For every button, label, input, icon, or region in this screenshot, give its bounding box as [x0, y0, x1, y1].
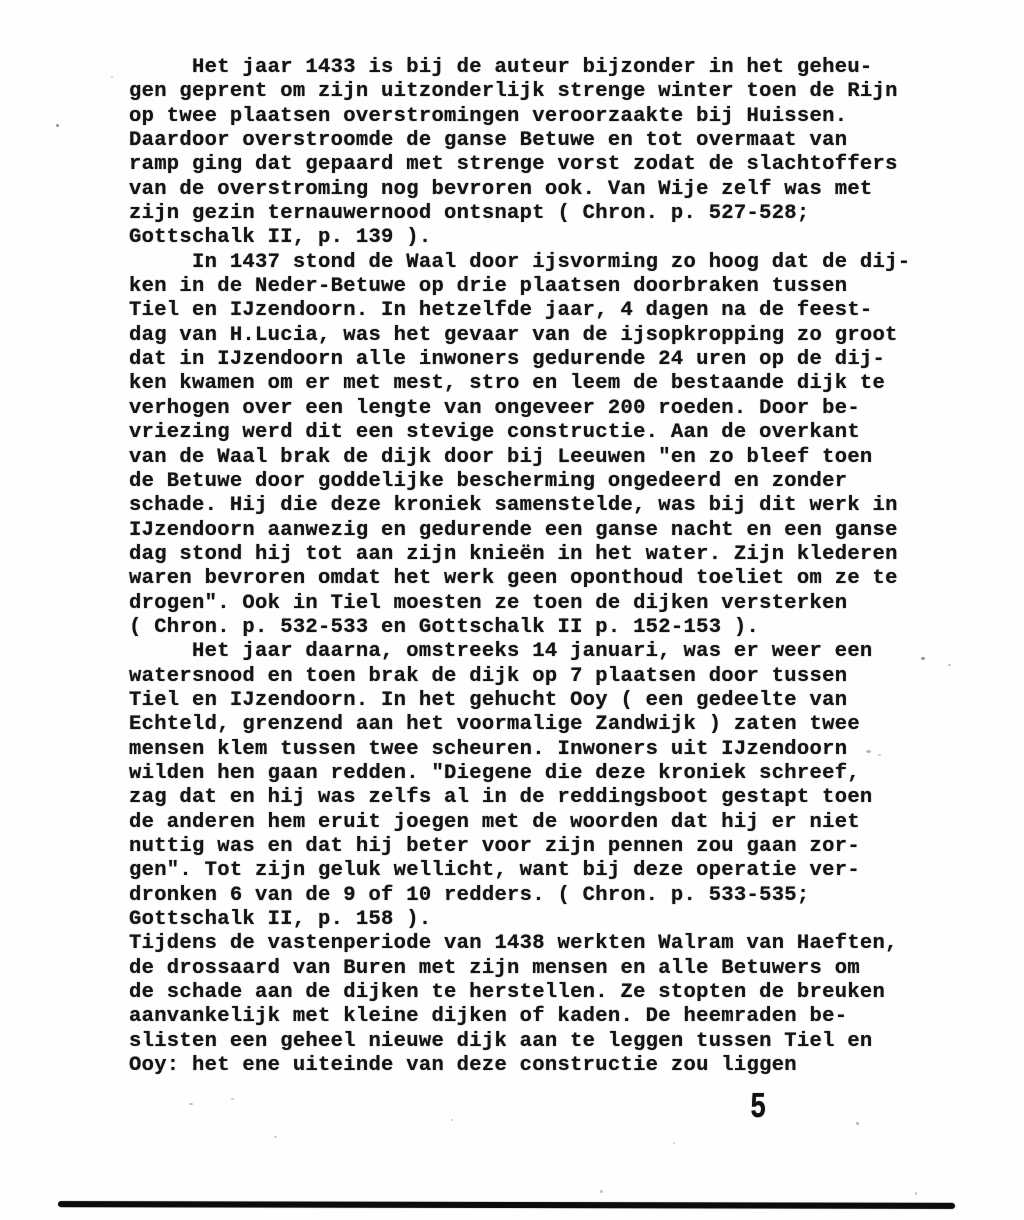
scan-speck: [915, 1192, 917, 1195]
scan-speck: [111, 76, 113, 78]
scan-speck: [231, 1098, 234, 1100]
scan-speck: [189, 1103, 193, 1105]
scan-speck: [878, 754, 881, 756]
page-number: 5: [750, 1091, 766, 1127]
scan-speck: [451, 1119, 453, 1121]
scan-speck: [921, 657, 925, 660]
scan-speck: [56, 124, 59, 127]
scan-speck: [948, 664, 951, 666]
scan-speck: [673, 1142, 675, 1144]
scan-speck: [866, 750, 871, 753]
scan-speck: [856, 1122, 859, 1125]
typewritten-body-text: Het jaar 1433 is bij de auteur bijzonder…: [129, 56, 959, 1078]
scan-speck: [600, 1190, 603, 1193]
scan-speck: [274, 1136, 277, 1138]
scanned-page: Het jaar 1433 is bij de auteur bijzonder…: [0, 0, 1024, 1220]
bottom-rule-line: [58, 1201, 955, 1209]
